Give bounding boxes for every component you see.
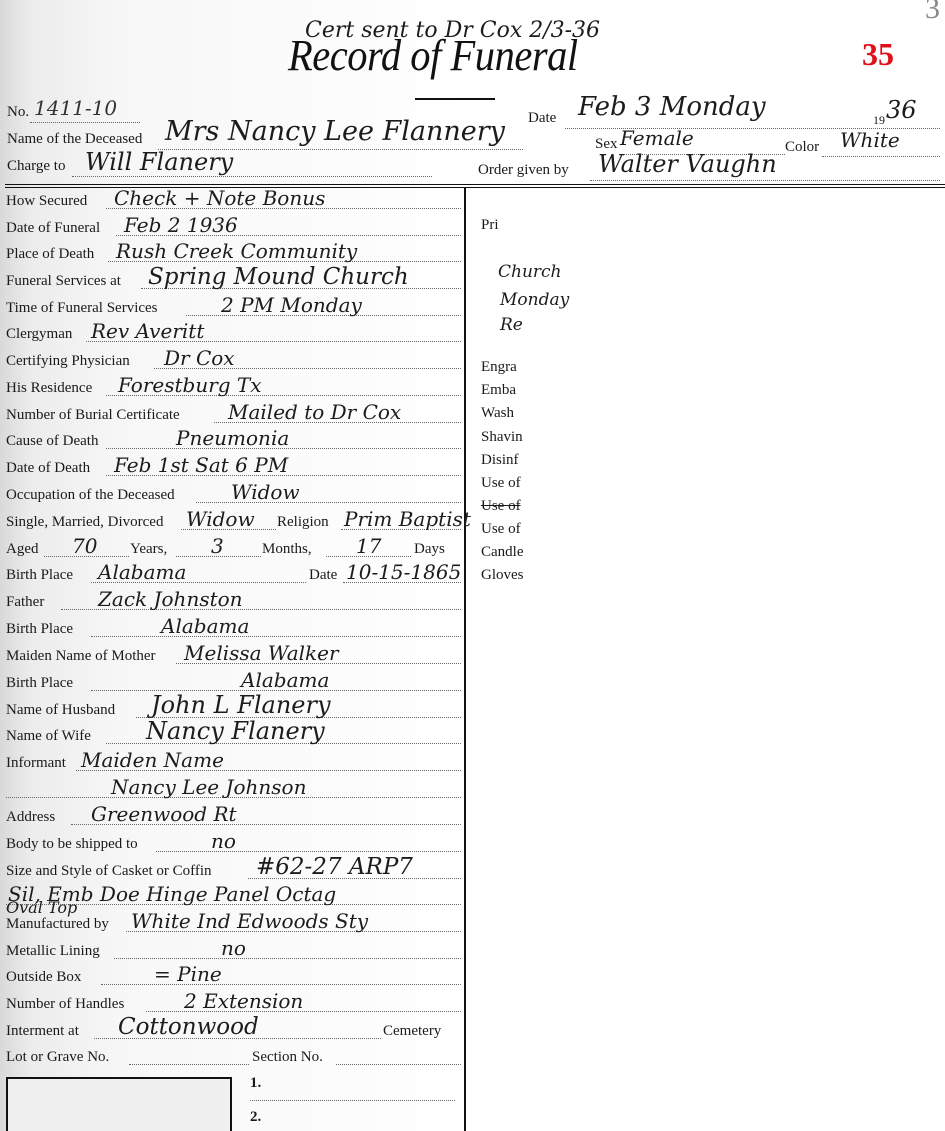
field-place-of-death: Place of Death Rush Creek Community (6, 241, 461, 265)
color-value: White (840, 128, 900, 152)
date-label: Date (528, 110, 556, 127)
lot-label: Lot or Grave No. (6, 1049, 109, 1066)
column-divider (464, 188, 466, 1131)
field-value: no (211, 829, 236, 853)
birth-date-label: Date (309, 567, 337, 584)
field-value: Melissa Walker (184, 641, 339, 665)
field-body-shipped-to: Body to be shipped to no (6, 831, 461, 855)
field-label: Address (6, 809, 55, 826)
field-certifying-physician: Certifying Physician Dr Cox (6, 348, 461, 372)
field-label: Maiden Name of Mother (6, 648, 156, 665)
field-wife: Name of Wife Nancy Flanery (6, 723, 461, 747)
field-label: Funeral Services at (6, 273, 121, 290)
field-value: Rush Creek Community (116, 239, 357, 263)
bottom-box (6, 1077, 232, 1131)
field-father: Father Zack Johnston (6, 589, 461, 613)
field-lot-section: Lot or Grave No. Section No. (6, 1044, 461, 1068)
color-label: Color (785, 139, 819, 156)
months-value: 3 (211, 534, 224, 558)
field-value: 2 PM Monday (221, 293, 362, 317)
field-value: Dr Cox (164, 346, 235, 370)
field-mother-maiden-name: Maiden Name of Mother Melissa Walker (6, 643, 461, 667)
field-label: Manufactured by (6, 916, 109, 933)
right-item-use-of-1: Use of (481, 475, 521, 492)
field-birth-place: Birth Place Alabama Date 10-15-1865 (6, 562, 461, 586)
field-date-of-funeral: Date of Funeral Feb 2 1936 (6, 215, 461, 239)
order-value: Walter Vaughn (598, 150, 777, 178)
list-item-1: 1. (250, 1075, 261, 1092)
sex-value: Female (620, 126, 694, 150)
field-value: Greenwood Rt (91, 802, 237, 826)
right-item-washing: Wash (481, 405, 514, 422)
field-label: Date of Death (6, 460, 90, 477)
charge-label: Charge to (7, 158, 65, 175)
field-value: Widow (231, 480, 300, 504)
field-his-residence: His Residence Forestburg Tx (6, 375, 461, 399)
right-item-pri: Pri (481, 217, 499, 234)
field-label: His Residence (6, 380, 92, 397)
field-how-secured: How Secured Check + Note Bonus (6, 188, 461, 212)
field-outside-box: Outside Box = Pine (6, 964, 461, 988)
right-item-use-of-2: Use of (481, 498, 521, 515)
field-label: Father (6, 594, 44, 611)
field-funeral-services-at: Funeral Services at Spring Mound Church (6, 268, 461, 292)
years-value: 70 (72, 534, 97, 558)
field-address: Address Greenwood Rt (6, 804, 461, 828)
color-line (822, 155, 940, 157)
field-casket-size-style: Size and Style of Casket or Coffin #62-2… (6, 858, 461, 882)
right-item-shaving: Shavin (481, 429, 523, 446)
right-item-embalming: Emba (481, 382, 516, 399)
field-label: Single, Married, Divorced (6, 514, 163, 531)
field-value: Alabama (98, 560, 186, 584)
field-label: Size and Style of Casket or Coffin (6, 863, 212, 880)
years-label: Years, (130, 541, 167, 558)
right-item-disinfecting: Disinf (481, 452, 519, 469)
field-occupation: Occupation of the Deceased Widow (6, 482, 461, 506)
field-label: Interment at (6, 1023, 79, 1040)
field-value: Pneumonia (176, 426, 289, 450)
field-metallic-lining: Metallic Lining no (6, 938, 461, 962)
field-value: Nancy Lee Johnson (111, 775, 306, 799)
field-value: Widow (186, 507, 255, 531)
field-value: #62-27 ARP7 (256, 854, 413, 880)
field-label: Occupation of the Deceased (6, 487, 175, 504)
section-label: Section No. (252, 1049, 323, 1066)
record-no-value: 1411-10 (34, 96, 117, 120)
field-label: How Secured (6, 193, 87, 210)
field-value: Nancy Flanery (146, 717, 325, 745)
field-value: Zack Johnston (98, 587, 243, 611)
field-marital-status: Single, Married, Divorced Widow Religion… (6, 509, 461, 533)
field-clergyman: Clergyman Rev Averitt (6, 321, 461, 345)
field-value: Feb 2 1936 (124, 213, 238, 237)
order-label: Order given by (478, 162, 569, 179)
field-value: = Pine (154, 962, 222, 986)
order-line (590, 179, 940, 181)
days-label: Days (414, 541, 445, 558)
field-label: Birth Place (6, 567, 73, 584)
field-value: Cottonwood (118, 1014, 259, 1040)
title-underline (415, 98, 495, 100)
margin-note-church: Church (498, 262, 562, 282)
days-value: 17 (356, 534, 381, 558)
field-label: Number of Burial Certificate (6, 407, 180, 424)
field-label: Outside Box (6, 969, 81, 986)
field-value: White Ind Edwoods Sty (131, 909, 368, 933)
field-label: Certifying Physician (6, 353, 130, 370)
months-label: Months, (262, 541, 312, 558)
field-burial-certificate: Number of Burial Certificate Mailed to D… (6, 402, 461, 426)
field-label: Cause of Death (6, 433, 98, 450)
field-cause-of-death: Cause of Death Pneumonia (6, 428, 461, 452)
margin-note-monday: Monday (500, 290, 569, 310)
field-date-of-death: Date of Death Feb 1st Sat 6 PM (6, 455, 461, 479)
date-value: Feb 3 Monday (578, 92, 766, 122)
field-label: Number of Handles (6, 996, 124, 1013)
field-value: Maiden Name (81, 748, 224, 772)
field-label: Birth Place (6, 675, 73, 692)
field-father-birth-place: Birth Place Alabama (6, 616, 461, 640)
field-label: Birth Place (6, 621, 73, 638)
field-informant: Informant Maiden Name (6, 750, 461, 774)
right-item-gloves: Gloves (481, 567, 524, 584)
field-interment: Interment at Cottonwood Cemetery (6, 1018, 461, 1042)
record-no-label: No. (7, 104, 29, 121)
field-age: Aged 70 Years, 3 Months, 17 Days (6, 536, 461, 560)
corner-mark: 3 (925, 0, 940, 26)
right-item-candles: Candle (481, 544, 524, 561)
field-label: Time of Funeral Services (6, 300, 158, 317)
list-item-2: 2. (250, 1109, 261, 1126)
page-title: Record of Funeral (288, 30, 578, 81)
field-label: Body to be shipped to (6, 836, 138, 853)
field-value: Mailed to Dr Cox (228, 400, 401, 424)
field-label: Place of Death (6, 246, 94, 263)
field-label: Name of Husband (6, 702, 115, 719)
field-value: Alabama (241, 668, 329, 692)
record-no-line (30, 121, 140, 123)
field-value: Rev Averitt (91, 319, 204, 343)
religion-label: Religion (277, 514, 329, 531)
right-item-engraving: Engra (481, 359, 517, 376)
cemetery-label: Cemetery (383, 1023, 441, 1040)
field-value: Check + Note Bonus (114, 186, 325, 210)
field-value: Feb 1st Sat 6 PM (114, 453, 288, 477)
field-label: Clergyman (6, 326, 72, 343)
deceased-label: Name of the Deceased (7, 131, 142, 148)
field-value: Alabama (161, 614, 249, 638)
field-number-of-handles: Number of Handles 2 Extension (6, 991, 461, 1015)
field-value: no (221, 936, 246, 960)
year-value: 36 (886, 96, 917, 124)
header-rule-top (5, 184, 945, 185)
field-manufactured-by: Manufactured by White Ind Edwoods Sty (6, 911, 461, 935)
field-label: Date of Funeral (6, 220, 100, 237)
field-value: John L Flanery (151, 691, 331, 719)
field-time-of-funeral-services: Time of Funeral Services 2 PM Monday (6, 295, 461, 319)
right-item-use-of-3: Use of (481, 521, 521, 538)
field-label: Name of Wife (6, 728, 91, 745)
field-value: 2 Extension (184, 989, 303, 1013)
year-prefix: 19 (873, 113, 885, 128)
page-number: 35 (862, 36, 894, 73)
aged-label: Aged (6, 541, 39, 558)
field-label: Informant (6, 755, 66, 772)
field-value: Forestburg Tx (118, 373, 262, 397)
field-informant-continued: Nancy Lee Johnson (6, 777, 461, 801)
field-value: Spring Mound Church (148, 264, 409, 290)
list-item-1-line (250, 1099, 455, 1101)
charge-value: Will Flanery (85, 148, 233, 176)
field-label: Metallic Lining (6, 943, 100, 960)
religion-value: Prim Baptist (344, 507, 471, 531)
deceased-value: Mrs Nancy Lee Flannery (165, 116, 505, 147)
birth-date-value: 10-15-1865 (346, 560, 461, 584)
margin-note-re: Re (500, 315, 523, 335)
